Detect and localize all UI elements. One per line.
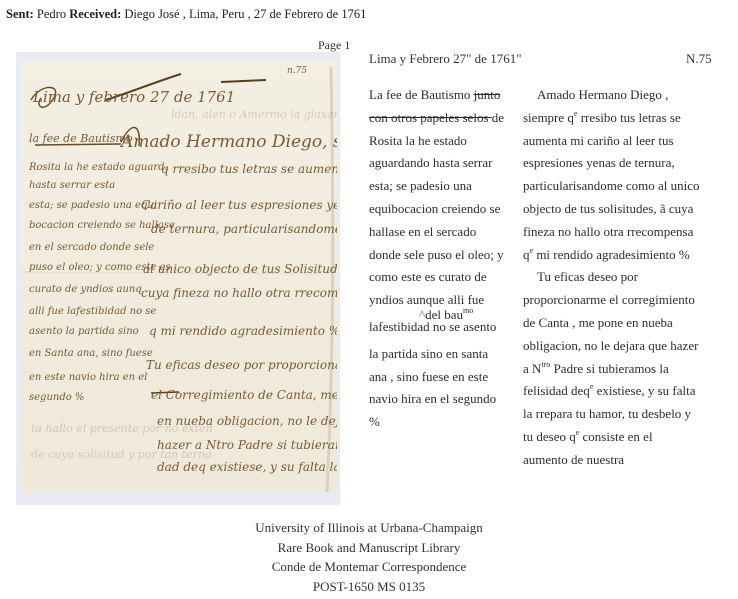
text-line: como este es curato de (369, 266, 519, 289)
text-fragment: existiese, y su falta (593, 383, 695, 398)
hand-line: q rresibo tus letras se aumenta mi (161, 162, 337, 176)
letter-metadata: Sent: Pedro Received: Diego José , Lima,… (6, 7, 366, 22)
text-line: siempre qe rresibo tus letras se (523, 107, 738, 130)
text-line: felisidad deqe existiese, y su falta (523, 380, 738, 403)
text-line: ana , sino fuese en este (369, 366, 519, 389)
hand-line: asento la partida sino (29, 326, 139, 337)
hand-line: Cariño al leer tus espresiones yenas (141, 198, 337, 212)
bleed-through-text: ldan, alen o Amermo la glaxar (171, 108, 337, 121)
text-line: obligacion, no le dejara que hazer (523, 335, 738, 358)
text-line: aumento de nuestra (523, 449, 738, 472)
manuscript-heading: Lima y febrero 27 de 1761 (33, 88, 235, 106)
text-fragment: siempre q (523, 110, 574, 125)
text-line: con otros papeles selos de (369, 107, 519, 130)
sent-label: Sent: (6, 7, 34, 21)
text-fragment: de (492, 110, 504, 125)
text-fragment: tu deseo q (523, 429, 576, 444)
hand-line: alli fue lafestibidad no se (29, 306, 156, 317)
text-line: objecto de tus solisitudes, â cuya (523, 198, 738, 221)
hand-line: curato de yndios aunq (29, 284, 142, 295)
text-line: Rosita la he estado (369, 130, 519, 153)
corner-note: n.75 (287, 66, 307, 76)
collection-name: Conde de Montemar Correspondence (0, 557, 738, 577)
text-line: a Ntro Padre si tubieramos la (523, 358, 738, 381)
hand-line: en el sercado donde sele (29, 242, 154, 253)
text-line: esta; se padesio una (369, 175, 519, 198)
text-fragment: La fee de Bautismo (369, 87, 474, 102)
hand-line: Tu eficas deseo por proporcionarme (146, 358, 337, 372)
hand-line: en Santa ana, sino fuese (29, 348, 153, 359)
struck-text: con otros papeles selos (369, 110, 492, 125)
text-line: Tu eficas deseo por (523, 266, 738, 289)
hand-line: Rosita la he estado aguard. (29, 162, 168, 173)
page-label: Page 1 (318, 38, 350, 53)
hand-line: dad deq existiese, y su falta la rrepa (157, 460, 337, 474)
text-line: qe mi rendido agradesimiento % (523, 244, 738, 267)
sender-name: Pedro (37, 7, 66, 21)
text-line: aguardando hasta serrar (369, 152, 519, 175)
text-line: la rrepara tu hamor, tu desbelo y (523, 403, 738, 426)
text-line: particularisandome como al unico (523, 175, 738, 198)
text-fragment: Padre si tubieramos la (550, 361, 668, 376)
manuscript-paper: n.75 Lima y febrero 27 de 1761 ldan, ale… (21, 62, 337, 492)
text-line: % (369, 411, 519, 434)
call-number: POST-1650 MS 0135 (0, 577, 738, 597)
text-fragment: consiste en el (579, 429, 652, 444)
hand-line: de ternura, particularisandome como (151, 222, 337, 236)
text-line: donde sele puso el oleo; y (369, 244, 519, 267)
letter-number: N.75 (686, 51, 712, 67)
hand-line: en este navio hira en el (29, 372, 147, 383)
text-line: fineza no hallo otra rrecompensa (523, 221, 738, 244)
bleed-through-text: ta hallo el presente por no exten (31, 422, 213, 435)
superscript: tro (541, 360, 550, 369)
library-name: Rare Book and Manuscript Library (0, 538, 738, 558)
text-fragment: a N (523, 361, 541, 376)
hand-line: hasta serrar esta (29, 180, 115, 191)
bleed-through-text: de cuya solisitud y por tan terna (31, 448, 212, 461)
superscript: mo (463, 306, 473, 315)
recipient-info: Diego José , Lima, Peru , 27 de Febrero … (124, 7, 366, 21)
text-fragment: rresibo tus letras se (577, 110, 680, 125)
text-fragment: felisidad deq (523, 383, 590, 398)
text-line: proporcionarme el corregimiento (523, 289, 738, 312)
transcription-title: Lima y Febrero 27" de 1761" (369, 51, 522, 67)
text-line: La fee de Bautismo junto (369, 84, 519, 107)
text-line: hallase en el sercado (369, 221, 519, 244)
text-line: tu deseo qe consiste en el (523, 426, 738, 449)
hand-line: q mi rendido agradesimiento % (149, 324, 337, 338)
transcription-right-column: Amado Hermano Diego , siempre qe rresibo… (523, 84, 738, 472)
struck-text: junto (474, 87, 501, 102)
hand-line: la fee de Bautismo (29, 132, 133, 145)
text-line: la partida sino en santa (369, 343, 519, 366)
hand-line: Amado Hermano Diego, siempre (121, 132, 337, 152)
manuscript-image[interactable]: n.75 Lima y febrero 27 de 1761 ldan, ale… (16, 52, 340, 505)
text-fragment: mi rendido agradesimiento % (533, 247, 690, 262)
hand-line: al unico objecto de tus Solisitudes, â (143, 262, 337, 276)
transcription-left-column: La fee de Bautismo junto con otros papel… (369, 84, 519, 434)
text-line: equibocacion creiendo se (369, 198, 519, 221)
text-line: Amado Hermano Diego , (523, 84, 738, 107)
hand-line: segundo % (29, 392, 84, 403)
collection-footer: University of Illinois at Urbana-Champai… (0, 518, 738, 596)
hand-line: el Corregimiento de Canta, me pone (151, 388, 337, 402)
text-line: aumenta mi cariño al leer tus (523, 130, 738, 153)
text-line: navio hira en el segundo (369, 388, 519, 411)
text-line: de Canta , me pone en nueba (523, 312, 738, 335)
text-line: lafestibidad no se asento (369, 316, 519, 339)
institution-name: University of Illinois at Urbana-Champai… (0, 518, 738, 538)
hand-line: esta; se padesio una equi (29, 200, 157, 211)
text-line: espresiones yenas de ternura, (523, 152, 738, 175)
hand-line: cuya fineza no hallo otra rrecompensa (141, 286, 337, 300)
received-label: Received: (69, 7, 121, 21)
